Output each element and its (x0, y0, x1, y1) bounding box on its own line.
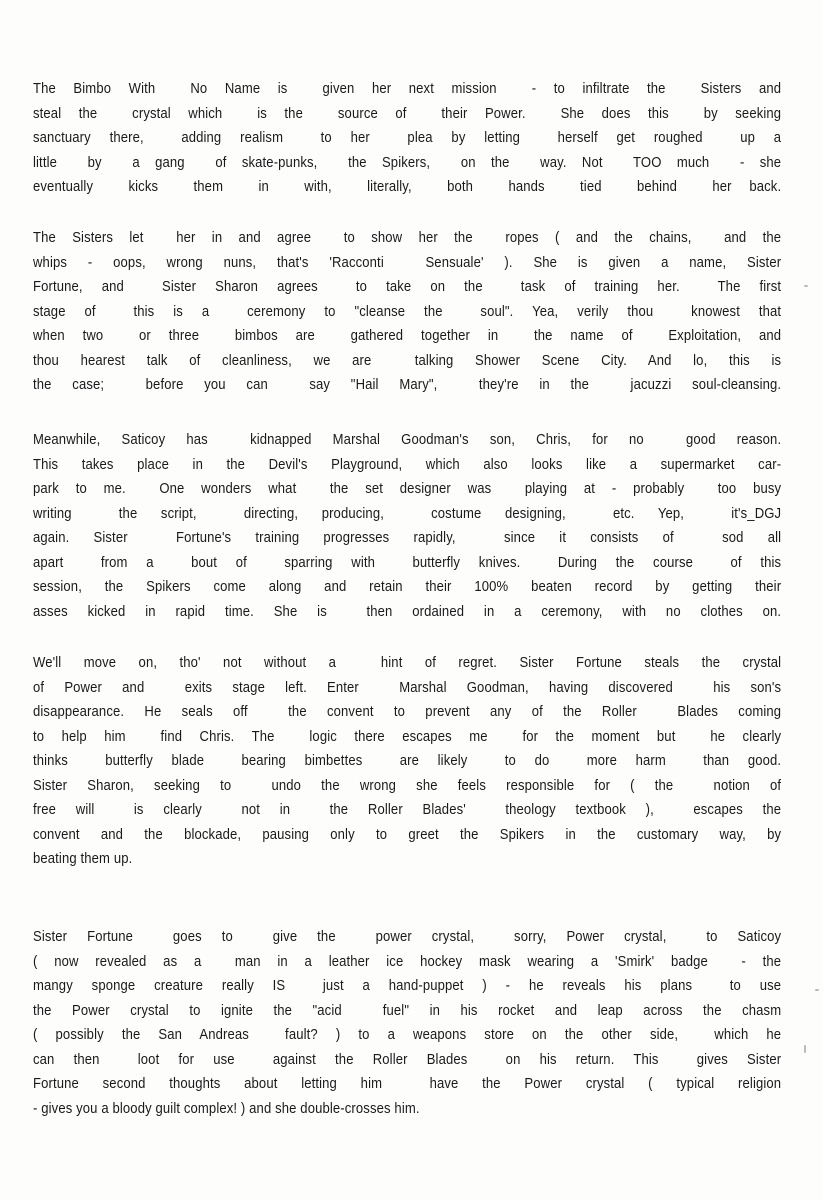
scan-speck (804, 1045, 806, 1053)
text-line: beating them up. (33, 847, 781, 872)
text-line: Meanwhile, Saticoy has kidnapped Marshal… (33, 428, 781, 453)
text-line: session, the Spikers come along and reta… (33, 575, 781, 600)
text-line: free will is clearly not in the Roller B… (33, 798, 781, 823)
text-line: writing the script, directing, producing… (33, 502, 781, 527)
paragraph-move-on: We'll move on, tho' not without a hint o… (33, 651, 781, 872)
text-line: Sister Sharon, seeking to undo the wrong… (33, 774, 781, 799)
text-line: mangy sponge creature really IS just a h… (33, 974, 781, 999)
text-line: We'll move on, tho' not without a hint o… (33, 651, 781, 676)
scan-speck (815, 989, 819, 991)
text-line: Fortune second thoughts about letting hi… (33, 1072, 781, 1097)
text-line: thou hearest talk of cleanliness, we are… (33, 349, 781, 374)
text-line: The Bimbo With No Name is given her next… (33, 77, 781, 102)
text-line: asses kicked in rapid time. She is then … (33, 600, 781, 625)
text-line: park to me. One wonders what the set des… (33, 477, 781, 502)
text-line: eventually kicks them in with, literally… (33, 175, 781, 200)
text-line: the Power crystal to ignite the "acid fu… (33, 999, 781, 1024)
text-line: of Power and exits stage left. Enter Mar… (33, 676, 781, 701)
text-line: when two or three bimbos are gathered to… (33, 324, 781, 349)
text-line: convent and the blockade, pausing only t… (33, 823, 781, 848)
text-line: can then loot for use against the Roller… (33, 1048, 781, 1073)
text-line: ( possibly the San Andreas fault? ) to a… (33, 1023, 781, 1048)
text-line: ( now revealed as a man in a leather ice… (33, 950, 781, 975)
scan-speck (804, 285, 808, 287)
text-line: to help him find Chris. The logic there … (33, 725, 781, 750)
text-line: Fortune, and Sister Sharon agrees to tak… (33, 275, 781, 300)
text-line: disappearance. He seals off the convent … (33, 700, 781, 725)
paragraph-meanwhile: Meanwhile, Saticoy has kidnapped Marshal… (33, 428, 781, 624)
text-line: This takes place in the Devil's Playgrou… (33, 453, 781, 478)
paragraph-mission: The Bimbo With No Name is given her next… (33, 77, 781, 200)
text-line: The Sisters let her in and agree to show… (33, 226, 781, 251)
paragraph-power-crystal: Sister Fortune goes to give the power cr… (33, 925, 781, 1121)
paragraph-sisters: The Sisters let her in and agree to show… (33, 226, 781, 398)
text-line: whips - oops, wrong nuns, that's 'Raccon… (33, 251, 781, 276)
text-line: steal the crystal which is the source of… (33, 102, 781, 127)
text-line: - gives you a bloody guilt complex! ) an… (33, 1097, 781, 1122)
text-line: apart from a bout of sparring with butte… (33, 551, 781, 576)
text-line: again. Sister Fortune's training progres… (33, 526, 781, 551)
scanned-page: The Bimbo With No Name is given her next… (0, 0, 823, 1200)
text-line: stage of this is a ceremony to "cleanse … (33, 300, 781, 325)
text-line: thinks butterfly blade bearing bimbettes… (33, 749, 781, 774)
text-line: the case; before you can say "Hail Mary"… (33, 373, 781, 398)
text-line: Sister Fortune goes to give the power cr… (33, 925, 781, 950)
text-line: sanctuary there, adding realism to her p… (33, 126, 781, 151)
text-line: little by a gang of skate-punks, the Spi… (33, 151, 781, 176)
